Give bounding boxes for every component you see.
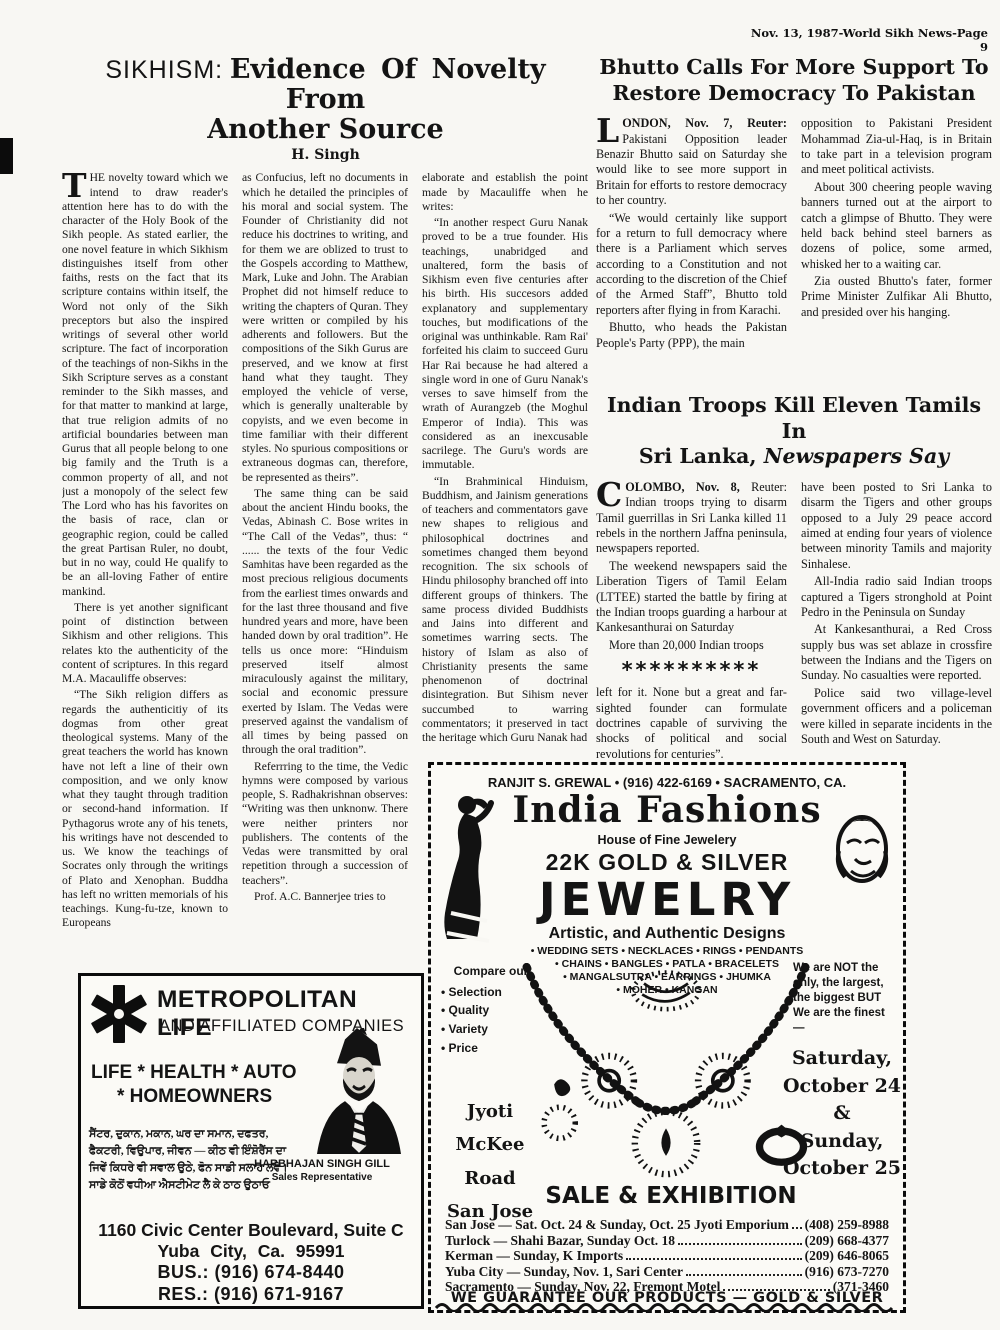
- paragraph: have been posted to Sri Lanka to disarm …: [801, 480, 992, 572]
- article-title-line1: Evidence Of Novelty From: [230, 54, 546, 115]
- article-tamils: Indian Troops Kill Eleven Tamils In Sri …: [596, 393, 992, 788]
- agent-title: Sales Representative: [231, 1172, 413, 1183]
- paragraph: Prof. A.C. Bannerjee tries to: [242, 890, 408, 904]
- metlife-star-icon: [89, 984, 149, 1044]
- punjabi-line: ਸੈਂਟਰ, ਦੁਕਾਨ, ਮਕਾਨ, ਘਰ ਦਾ ਸਮਾਨ, ਦਫਤਰ,: [89, 1126, 309, 1143]
- event-dates: Saturday, October 24 & Sunday, October 2…: [783, 1045, 901, 1183]
- agent-name: HARBHAJAN SINGH GILL: [231, 1158, 413, 1170]
- ad-contact-line: RANJIT S. GREWAL • (916) 422-6169 • SACR…: [431, 775, 903, 790]
- sale-schedule: San Jose — Sat. Oct. 24 & Sunday, Oct. 2…: [445, 1217, 889, 1295]
- paragraph: THE novelty toward which we intend to dr…: [62, 171, 228, 599]
- ad-products-line1: LIFE * HEALTH * AUTO: [91, 1062, 296, 1084]
- paragraph: The weekend newspapers said the Liberati…: [596, 559, 787, 636]
- wavy-divider: [431, 1300, 903, 1312]
- paragraph: All-India radio said Indian troops captu…: [801, 574, 992, 620]
- schedule-row: Kerman — Sunday, K Imports(209) 646-8065: [445, 1248, 889, 1264]
- article-columns: COLOMBO, Nov. 8, Reuter: Indian troops t…: [596, 480, 992, 788]
- sale-exhibition-title: SALE & EXHIBITION: [541, 1183, 801, 1209]
- article-byline: H. Singh: [62, 147, 589, 163]
- newspaper-page: Nov. 13, 1987-World Sikh News-Page 9 SIK…: [0, 0, 1000, 1330]
- paragraph: elaborate and establish the point made b…: [422, 171, 588, 214]
- paragraph: “The Sikh religion differs as regards th…: [62, 688, 228, 930]
- paragraph: LONDON, Nov. 7, Reuter: Pakistani Opposi…: [596, 116, 787, 208]
- article-title-line2: Sri Lanka, Newspapers Say: [596, 444, 992, 470]
- article-title-line1: Bhutto Calls For More Support To: [596, 55, 992, 81]
- article-bhutto: Bhutto Calls For More Support To Restore…: [596, 55, 992, 396]
- article-column-2: as Confucius, left no documents in which…: [242, 171, 408, 989]
- paragraph: “In Brahminical Hinduism, Buddhism, and …: [422, 475, 588, 746]
- scan-artifact: [0, 138, 13, 174]
- article-column-1: THE novelty toward which we intend to dr…: [62, 171, 228, 989]
- schedule-label: San Jose — Sat. Oct. 24 & Sunday, Oct. 2…: [445, 1217, 789, 1233]
- schedule-label: Turlock — Shahi Bazar, Sunday Oct. 18: [445, 1233, 675, 1249]
- article-title: Indian Troops Kill Eleven Tamils In Sri …: [596, 393, 992, 470]
- paragraph: Referrring to the time, the Vedic hymns …: [242, 760, 408, 888]
- article-kicker: SIKHISM:: [105, 56, 223, 84]
- schedule-label: Kerman — Sunday, K Imports: [445, 1248, 623, 1264]
- dotted-leader: [678, 1243, 802, 1245]
- ad-products-line2: * HOMEOWNERS: [117, 1086, 272, 1108]
- schedule-phone: (209) 646-8065: [805, 1248, 889, 1264]
- date-line: October 24: [783, 1073, 901, 1101]
- star-separator: **********: [596, 657, 787, 683]
- phone-business: BUS.: (916) 674-8440: [81, 1262, 421, 1284]
- paragraph: COLOMBO, Nov. 8, Reuter: Indian troops t…: [596, 480, 787, 557]
- agent-portrait: [303, 1028, 415, 1154]
- schedule-row: Turlock — Shahi Bazar, Sunday Oct. 18(20…: [445, 1233, 889, 1249]
- paragraph: left for it. None but a great and far-si…: [596, 685, 787, 762]
- location-line: McKee Road: [435, 1128, 545, 1195]
- paragraph: “In another respect Guru Nanak proved to…: [422, 216, 588, 473]
- paragraph: At Kankesanthurai, a Red Cross supply bu…: [801, 622, 992, 684]
- paragraph: Bhutto, who heads the Pakistan People's …: [596, 320, 787, 351]
- article-column-2: have been posted to Sri Lanka to disarm …: [801, 480, 992, 788]
- address-line1: 1160 Civic Center Boulevard, Suite C: [81, 1220, 421, 1241]
- dropcap: C: [596, 480, 625, 508]
- paragraph: There is yet another significant point o…: [62, 601, 228, 687]
- article-columns: LONDON, Nov. 7, Reuter: Pakistani Opposi…: [596, 116, 992, 396]
- article-column-1: COLOMBO, Nov. 8, Reuter: Indian troops t…: [596, 480, 787, 788]
- paragraph: as Confucius, left no documents in which…: [242, 171, 408, 485]
- date-line: Saturday,: [783, 1045, 901, 1073]
- paragraph: The same thing can be said about the anc…: [242, 487, 408, 758]
- schedule-label: Yuba City — Sunday, Nov. 1, Sari Center: [445, 1264, 683, 1280]
- article-title: SIKHISM: Evidence Of Novelty From: [62, 55, 589, 114]
- article-title-line2: Another Source: [62, 114, 589, 145]
- page-header: Nov. 13, 1987-World Sikh News-Page 9: [740, 26, 988, 54]
- ad-metropolitan-life: METROPOLITAN LIFE AND AFFILIATED COMPANI…: [78, 973, 424, 1309]
- schedule-phone: (408) 259-8988: [805, 1217, 889, 1233]
- article-title-line2: Restore Democracy To Pakistan: [596, 81, 992, 107]
- schedule-row: Yuba City — Sunday, Nov. 1, Sari Center(…: [445, 1264, 889, 1280]
- location-line: Jyoti: [435, 1095, 545, 1128]
- dotted-leader: [626, 1258, 801, 1260]
- article-column-1: LONDON, Nov. 7, Reuter: Pakistani Opposi…: [596, 116, 787, 396]
- ad-designs-line: Artistic, and Authentic Designs: [431, 925, 903, 943]
- paragraph: Zia ousted Bhutto's fater, former Prime …: [801, 274, 992, 320]
- phone-residence: RES.: (916) 671-9167: [81, 1284, 421, 1306]
- dotted-leader: [686, 1274, 802, 1276]
- paragraph: opposition to Pakistani President Mohamm…: [801, 116, 992, 178]
- ad-india-fashions: RANJIT S. GREWAL • (916) 422-6169 • SACR…: [428, 762, 906, 1313]
- item-line: • WEDDING SETS • NECKLACES • RINGS • PEN…: [431, 945, 903, 958]
- ad-gold-line: 22K GOLD & SILVER: [431, 849, 903, 876]
- article-title: Bhutto Calls For More Support To Restore…: [596, 55, 992, 106]
- dotted-leader: [792, 1227, 802, 1229]
- necklace-illustration: [501, 963, 831, 1191]
- location-block: Jyoti McKee Road San Jose: [435, 1095, 545, 1228]
- article-column-2: opposition to Pakistani President Mohamm…: [801, 116, 992, 396]
- ad-title: India Fashions: [431, 789, 903, 831]
- paragraph: About 300 cheering people waving banners…: [801, 180, 992, 272]
- paragraph: “We would certainly like support for a r…: [596, 211, 787, 319]
- schedule-phone: (209) 668-4377: [805, 1233, 889, 1249]
- ad-jewelry-headline: JEWELRY: [431, 873, 903, 926]
- address-line2: Yuba City, Ca. 95991: [81, 1241, 421, 1262]
- schedule-row: San Jose — Sat. Oct. 24 & Sunday, Oct. 2…: [445, 1217, 889, 1233]
- article-title-line1: Indian Troops Kill Eleven Tamils In: [596, 393, 992, 444]
- ad-subtitle: House of Fine Jewelery: [431, 833, 903, 847]
- dropcap: T: [62, 171, 90, 199]
- date-line: &: [783, 1100, 901, 1128]
- date-line: October 25: [783, 1155, 901, 1183]
- paragraph: More than 20,000 Indian troops: [596, 638, 787, 653]
- paragraph: Police said two village-level government…: [801, 686, 992, 748]
- schedule-phone: (916) 673-7270: [805, 1264, 889, 1280]
- finest-text: We are NOT the only, the largest, the bi…: [793, 961, 897, 1036]
- date-line: Sunday,: [783, 1128, 901, 1156]
- ad-address-block: 1160 Civic Center Boulevard, Suite C Yub…: [81, 1220, 421, 1305]
- dropcap: L: [596, 116, 622, 144]
